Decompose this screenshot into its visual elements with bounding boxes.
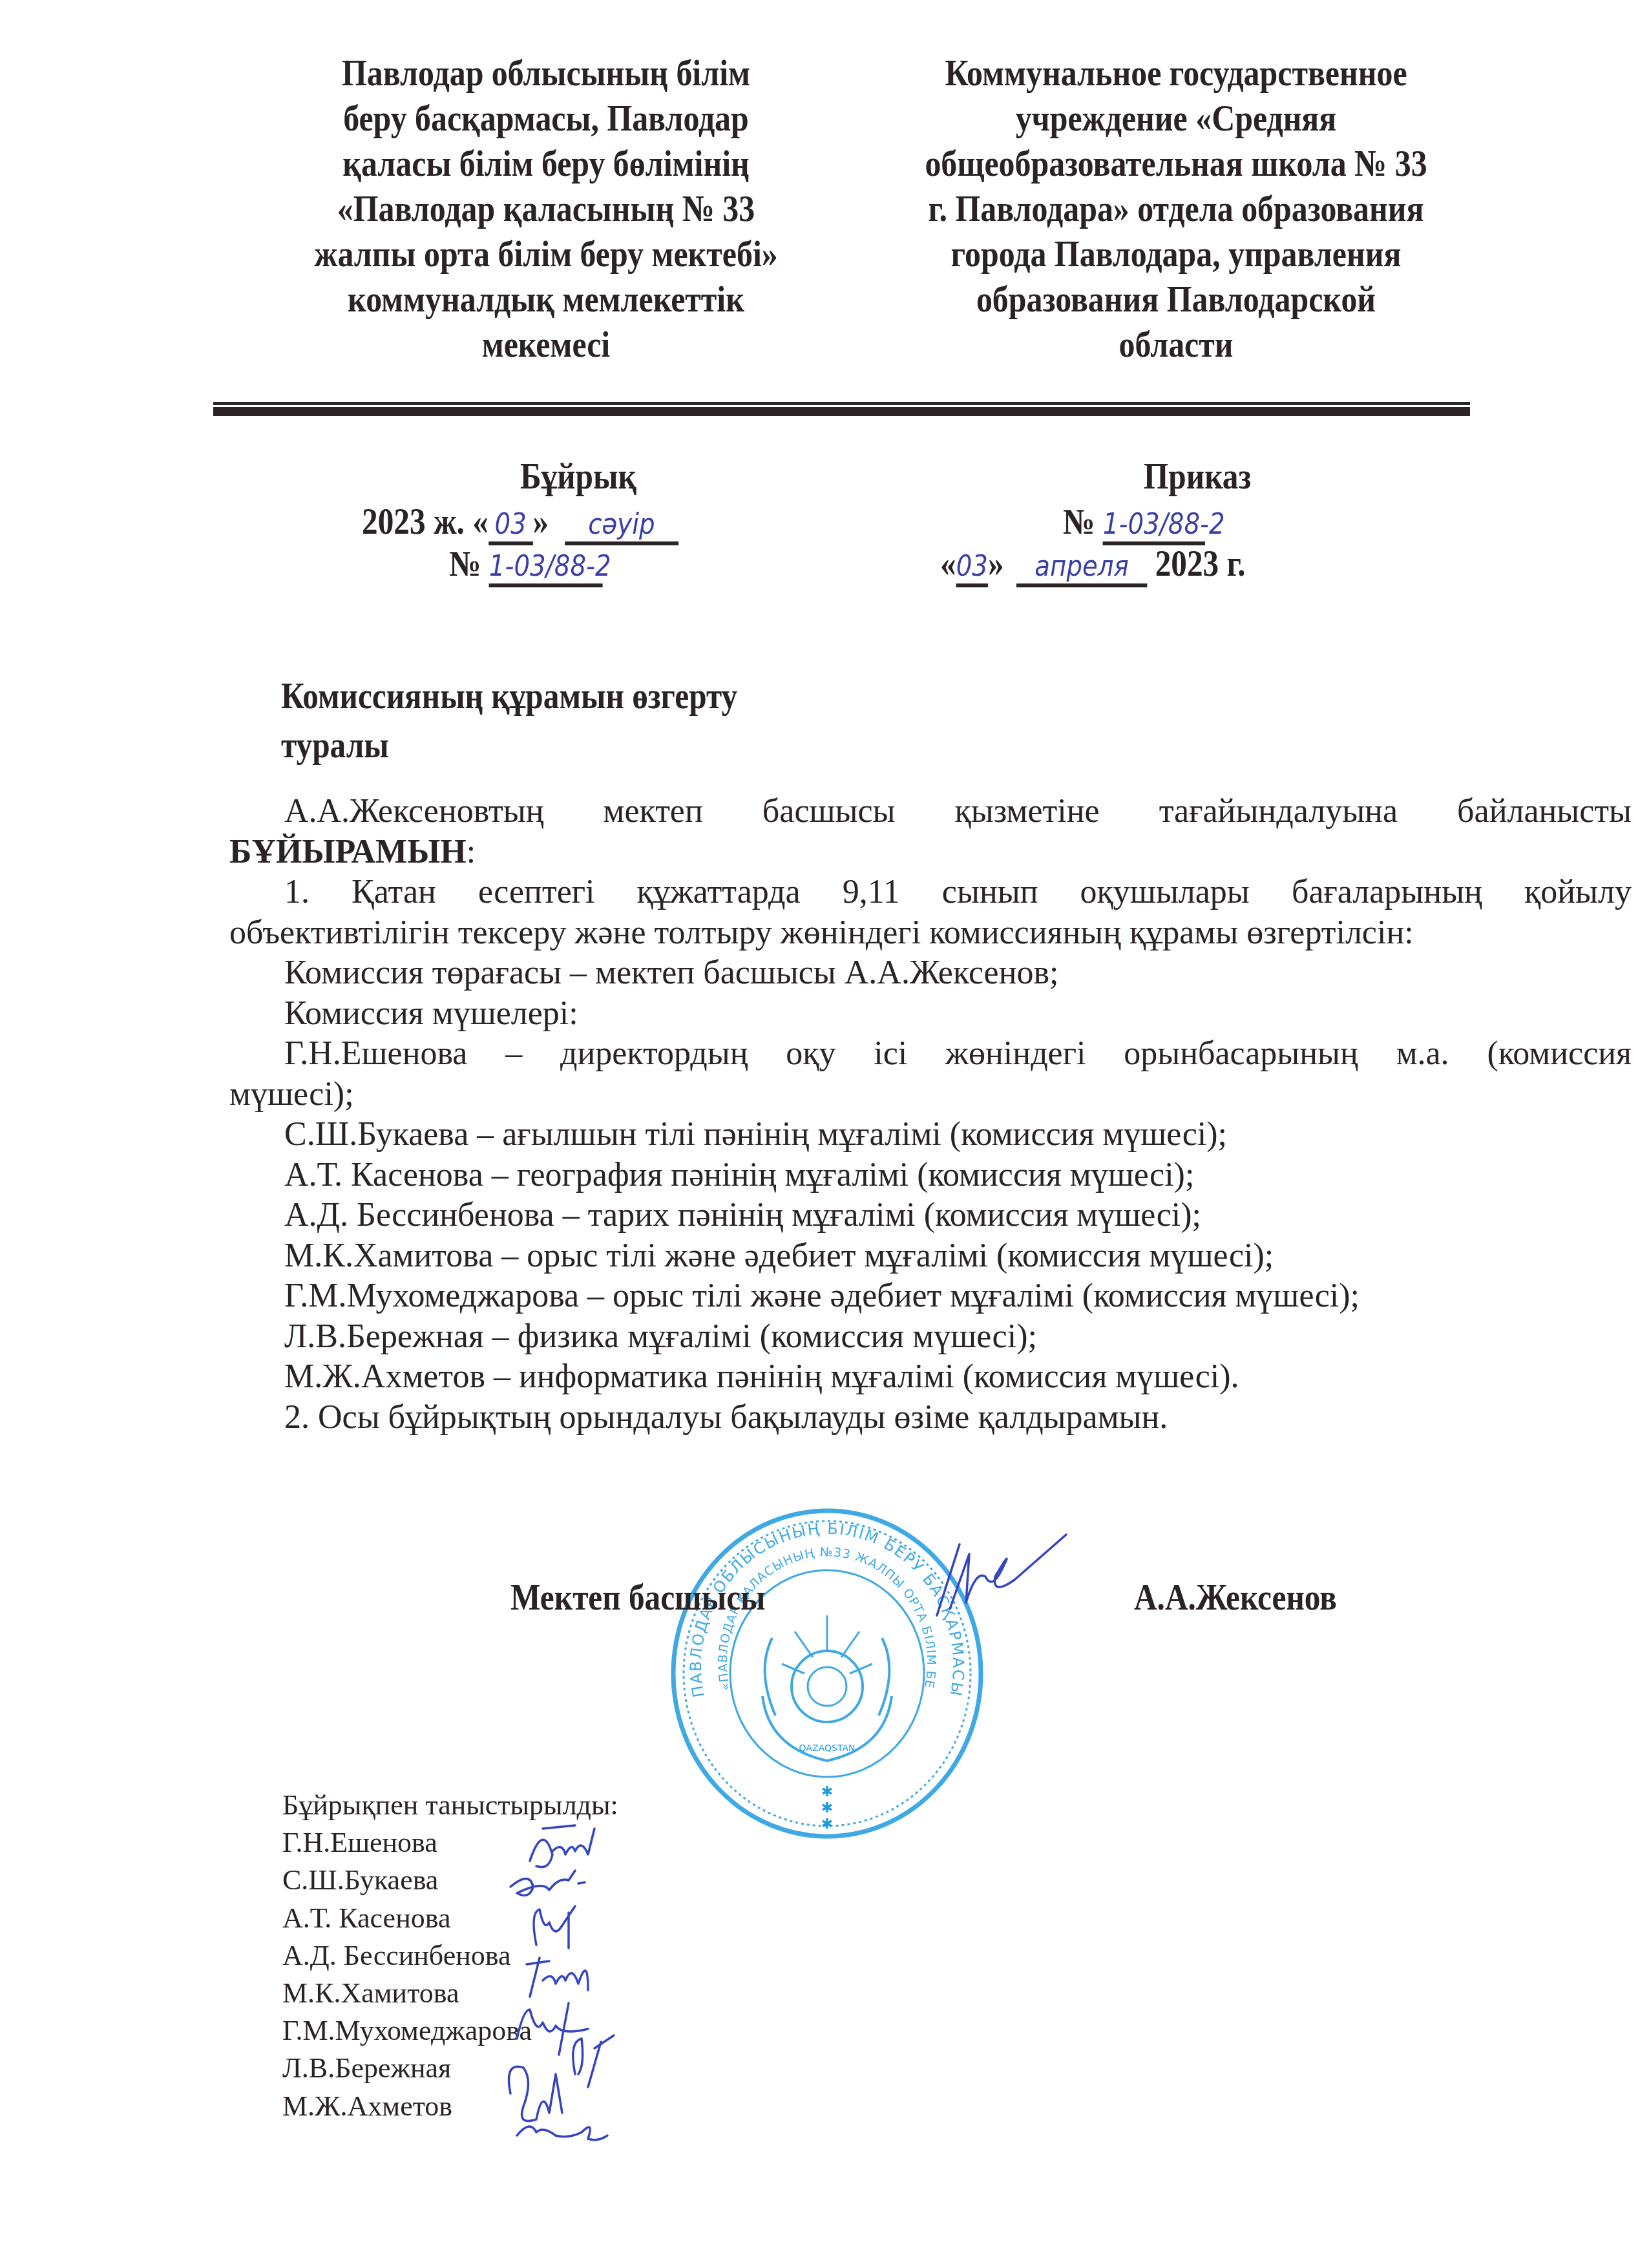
header-kk-line: «Павлодар қаласының № 33 (296, 186, 796, 231)
header-ru-line: образования Павлодарской (909, 277, 1443, 322)
member-line: Л.В.Бережная – физика мұғалімі (комиссия… (229, 1317, 1632, 1358)
header-divider-thick (213, 407, 1470, 416)
commission-members-label: Комиссия мүшелері: (229, 994, 1632, 1034)
preamble: А.А.Жексеновтың мектеп басшысы қызметіне… (229, 792, 1632, 832)
header-kk: Павлодар облысының білім беру басқармасы… (296, 50, 796, 367)
header-kk-line: беру басқармасы, Павлодар (296, 96, 796, 141)
header-divider-thin (213, 402, 1470, 405)
item-1-line-1: 1. Қатан есептегі құжаттарда 9,11 сынып … (229, 872, 1632, 913)
member-line-cont: мүшесі); (229, 1075, 1632, 1115)
header-ru-line: учреждение «Средняя (909, 96, 1443, 141)
acknowledgement-signatures-icon (504, 1816, 711, 2152)
order-kk-year-prefix: 2023 ж. « (362, 502, 488, 542)
order-ru-number-field: 1-03/88-2 (1103, 508, 1205, 545)
order-kk-number: № 1-03/88-2 (449, 543, 603, 587)
item-2: 2. Осы бұйрықтың орындалуы бақылауды өзі… (229, 1398, 1632, 1438)
member-line: А.Т. Касенова – география пәнінің мұғалі… (229, 1155, 1632, 1196)
order-ru-number: № 1-03/88-2 (1063, 501, 1205, 545)
order-ru-quote-close: » (988, 544, 1004, 584)
header-kk-line: Павлодар облысының білім (296, 50, 796, 96)
order-kk-quote-close: » (533, 502, 549, 542)
header-kk-line: мекемесі (296, 322, 796, 367)
order-kk-month-field: сәуір (565, 508, 678, 545)
member-line: Г.Н.Ешенова – директордың оқу ісі жөнінд… (229, 1034, 1632, 1075)
svg-text:✱: ✱ (821, 1816, 833, 1832)
member-line: Г.М.Мухомеджарова – орыс тілі және әдеби… (229, 1276, 1632, 1317)
commission-chair: Комиссия төрағасы – мектеп басшысы А.А.Ж… (229, 953, 1632, 994)
document-body: А.А.Жексеновтың мектеп басшысы қызметіне… (229, 792, 1632, 1438)
header-ru-line: Коммунальное государственное (909, 50, 1443, 96)
item-1-line-2: объективтілігін тексеру және толтыру жөн… (229, 913, 1632, 954)
header-kk-line: коммуналдық мемлекеттік (296, 277, 796, 322)
command-word: БҰЙЫРАМЫН (229, 834, 467, 870)
order-kk-date: 2023 ж. «03» сәуір (362, 501, 678, 545)
member-line: М.К.Хамитова – орыс тілі және әдебиет мұ… (229, 1236, 1632, 1277)
header-kk-line: жалпы орта білім беру мектебі» (296, 231, 796, 277)
order-kk-day-field: 03 (488, 508, 533, 545)
document-subject-line: Комиссияның құрамын өзгерту (281, 672, 737, 721)
document-subject: Комиссияның құрамын өзгерту туралы (281, 672, 737, 770)
svg-text:✱: ✱ (821, 1784, 833, 1800)
order-kk-number-prefix: № (449, 544, 481, 584)
order-ru-title: Приказ (1144, 456, 1251, 498)
signer-position: Мектеп басшысы (510, 1577, 766, 1619)
member-line: А.Д. Бессинбенова – тарих пәнінің мұғалі… (229, 1195, 1632, 1236)
order-ru-date: «03» апреля 2023 г. (940, 543, 1246, 587)
order-kk-title: Бұйрық (520, 456, 636, 498)
header-ru-line: города Павлодара, управления (909, 231, 1443, 277)
header-ru: Коммунальное государственное учреждение … (909, 50, 1443, 367)
header-ru-line: области (909, 322, 1443, 367)
signer-name: А.А.Жексенов (1134, 1577, 1337, 1619)
director-signature-icon (930, 1531, 1073, 1622)
order-ru-day-field: 03 (956, 550, 988, 587)
order-ru-month-field: апреля (1016, 550, 1147, 587)
svg-text:✱: ✱ (821, 1800, 833, 1816)
member-line: М.Ж.Ахметов – информатика пәнінің мұғалі… (229, 1357, 1632, 1398)
member-line: С.Ш.Букаева – ағылшын тілі пәнінің мұғал… (229, 1115, 1632, 1155)
header-kk-line: қаласы білім беру бөлімінің (296, 141, 796, 186)
header-ru-line: г. Павлодара» отдела образования (909, 186, 1443, 231)
document-subject-line: туралы (281, 721, 737, 770)
order-kk-number-field: 1-03/88-2 (489, 550, 603, 587)
order-ru-number-prefix: № (1063, 502, 1095, 542)
command-line: БҰЙЫРАМЫН: (229, 832, 1632, 873)
order-ru-quote-open: « (940, 544, 956, 584)
header-ru-line: общеобразовательная школа № 33 (909, 141, 1443, 186)
stamp-center-label: QAZAQSTAN (799, 1743, 856, 1754)
order-ru-year-suffix: 2023 г. (1155, 544, 1246, 584)
